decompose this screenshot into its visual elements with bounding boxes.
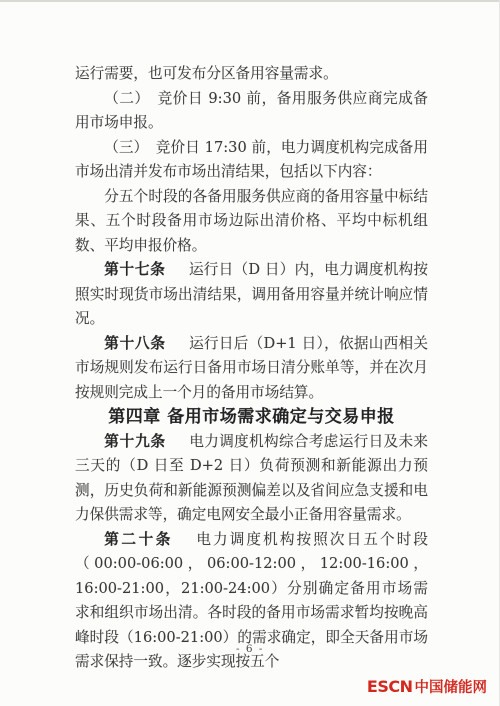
document-body: 运行需要，也可发布分区备用容量需求。 （二） 竞价日 9:30 前，备用服务供应… xyxy=(75,62,428,675)
page-number: - 6 - xyxy=(236,643,264,655)
escn-logo: ESCN中国储能网 xyxy=(367,678,487,697)
chapter-4-heading: 第四章 备用市场需求确定与交易申报 xyxy=(75,405,428,430)
article-20-label: 第二十条 xyxy=(104,531,173,548)
article-19-label: 第十九条 xyxy=(104,433,166,450)
article-17: 第十七条运行日（D 日）内，电力调度机构按照实时现货市场出清结果，调用备用容量并… xyxy=(75,258,428,332)
clause-item-2: （二） 竞价日 9:30 前，备用服务供应商完成备用市场申报。 xyxy=(75,87,428,136)
clause-detail: 分五个时段的各备用服务供应商的备用容量中标结果、五个时段备用市场边际出清价格、平… xyxy=(75,185,428,259)
scan-edge-top xyxy=(0,0,500,2)
article-18-label: 第十八条 xyxy=(104,335,166,352)
article-17-label: 第十七条 xyxy=(104,261,165,278)
article-19: 第十九条电力调度机构综合考虑运行日及未来三天的（D 日至 D+2 日）负荷预测和… xyxy=(75,430,428,528)
document-page: 运行需要，也可发布分区备用容量需求。 （二） 竞价日 9:30 前，备用服务供应… xyxy=(0,0,500,706)
paragraph-continuation: 运行需要，也可发布分区备用容量需求。 xyxy=(75,62,428,87)
clause-item-3: （三） 竞价日 17:30 前，电力调度机构完成备用市场出清并发布市场出清结果，… xyxy=(75,136,428,185)
escn-logo-en: ESCN xyxy=(367,677,413,696)
article-18: 第十八条运行日后（D+1 日），依据山西相关市场规则发布运行日备用市场日清分账单… xyxy=(75,332,428,406)
escn-logo-cn: 中国储能网 xyxy=(415,680,488,696)
page-footer: - 6 - xyxy=(0,643,500,655)
